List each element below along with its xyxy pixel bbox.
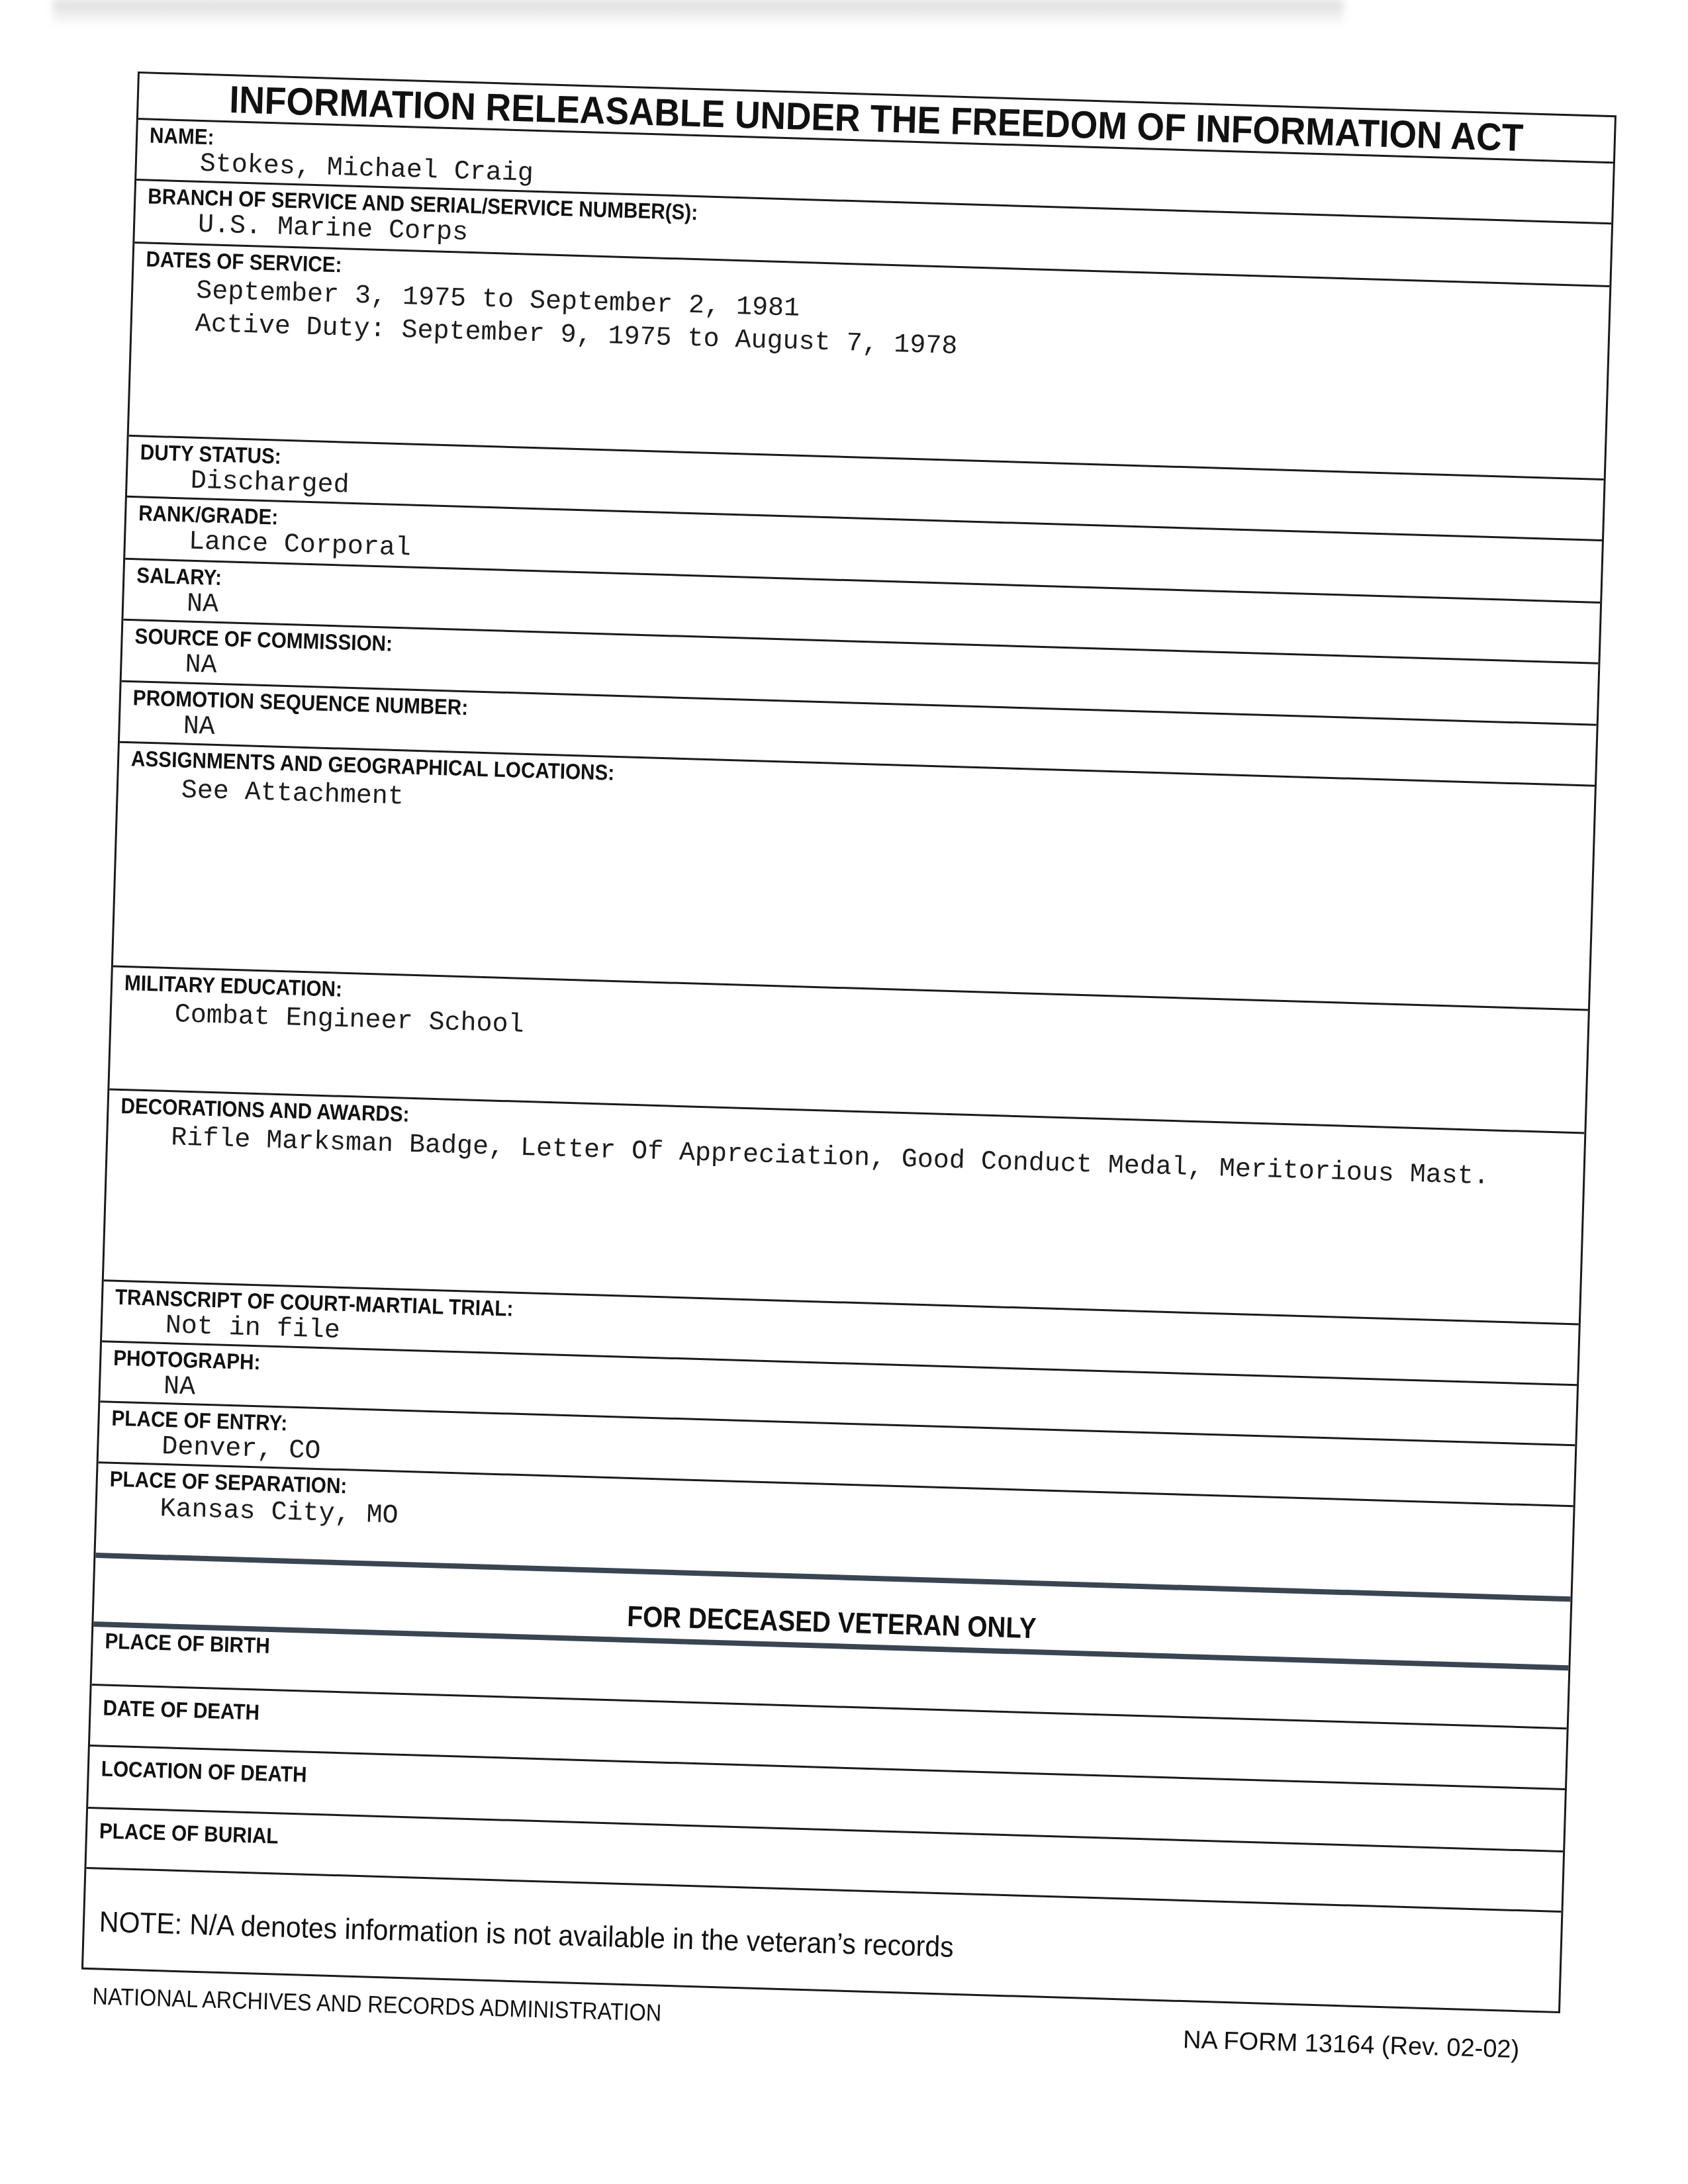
duty-status-label: DUTY STATUS: [140, 439, 281, 469]
decorations-value: Rifle Marksman Badge, Letter Of Apprecia… [170, 1122, 1524, 1195]
field-assignments: ASSIGNMENTS AND GEOGRAPHICAL LOCATIONS: … [113, 741, 1595, 1009]
scan-shadow [53, 0, 1344, 26]
foia-form: INFORMATION RELEASABLE UNDER THE FREEDOM… [81, 71, 1617, 2013]
date-of-death-label: DATE OF DEATH [103, 1696, 260, 1725]
decorations-label: DECORATIONS AND AWARDS: [120, 1093, 410, 1127]
military-education-value: Combat Engineer School [174, 999, 1528, 1072]
form-number: NA FORM 13164 (Rev. 02-02) [1183, 2026, 1520, 2064]
assignments-value: See Attachment [181, 774, 1534, 848]
salary-label: SALARY: [136, 563, 222, 590]
place-of-separation-value: Kansas City, MO [160, 1493, 1513, 1567]
agency-name: NATIONAL ARCHIVES AND RECORDS ADMINISTRA… [92, 1982, 662, 2026]
dates-of-service-value: September 3, 1975 to September 2, 1981 A… [195, 275, 1549, 382]
name-label: NAME: [150, 123, 214, 150]
photograph-label: PHOTOGRAPH: [113, 1345, 261, 1375]
place-of-birth-label: PLACE OF BIRTH [105, 1629, 270, 1659]
form-page: INFORMATION RELEASABLE UNDER THE FREEDOM… [77, 71, 1617, 2166]
dates-of-service-label: DATES OF SERVICE: [146, 247, 342, 278]
location-of-death-label: LOCATION OF DEATH [101, 1756, 307, 1788]
place-of-separation-label: PLACE OF SEPARATION: [109, 1467, 348, 1499]
note-text: NOTE: N/A denotes information is not ava… [99, 1906, 954, 1964]
military-education-label: MILITARY EDUCATION: [124, 970, 343, 1002]
rank-grade-label: RANK/GRADE: [138, 500, 279, 529]
place-of-burial-label: PLACE OF BURIAL [99, 1818, 279, 1848]
